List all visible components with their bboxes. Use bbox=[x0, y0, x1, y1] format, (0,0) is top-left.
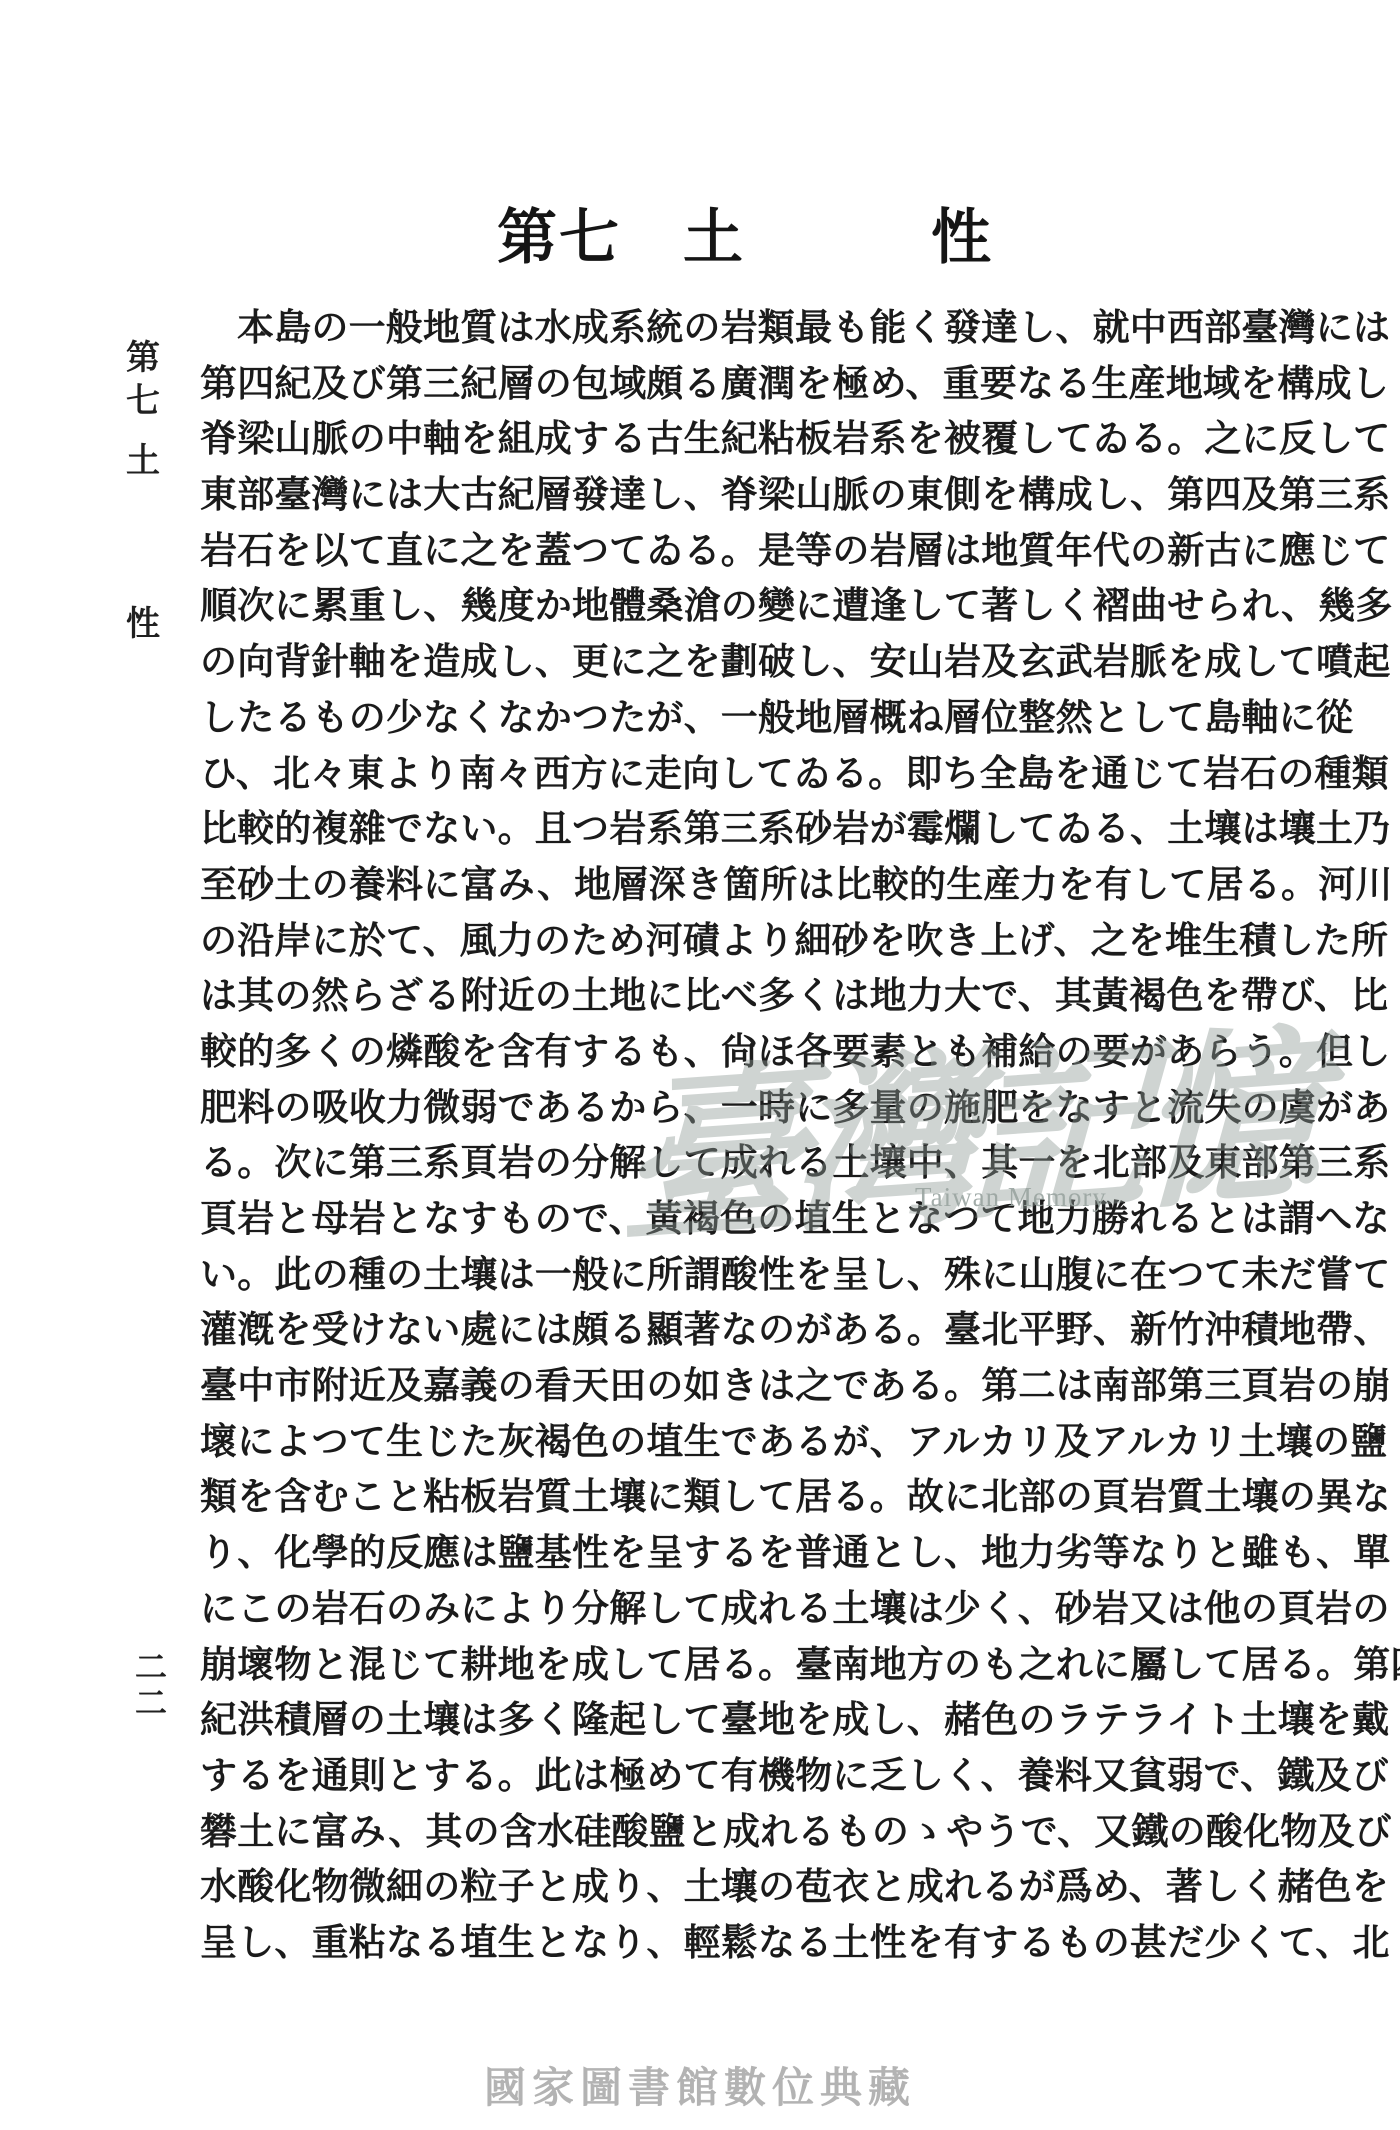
margin-chapter-char: 土 bbox=[124, 433, 162, 482]
text-line: 紀洪積層の土壤は多く隆起して臺地を成し、赭色のラテライト土壤を戴 bbox=[200, 1693, 1290, 1749]
text-line: にこの岩石のみにより分解して成れる土壤は少く、砂岩又は他の頁岩の bbox=[200, 1582, 1290, 1638]
text-line: り、化學的反應は鹽基性を呈するを普通とし、地力劣等なりと雖も、單 bbox=[200, 1526, 1290, 1582]
margin-chapter-char: 七 bbox=[124, 373, 162, 422]
text-line: 頁岩と母岩となすもので、黃褐色の埴生となつて地力勝れるとは謂へな bbox=[200, 1192, 1290, 1248]
page-number: 二二 bbox=[126, 1650, 172, 1722]
text-line: の沿岸に於て、風力のため河磧より細砂を吹き上げ、之を堆生積した所 bbox=[200, 914, 1290, 970]
text-line: 肥料の吸收力微弱であるから、一時に多量の施肥をなすと流失の虞があ bbox=[200, 1081, 1290, 1137]
body-text: 本島の一般地質は水成系統の岩類最も能く發達し、就中西部臺灣には 第四紀及び第三紀… bbox=[200, 301, 1290, 1972]
text-line: するを通則とする。此は極めて有機物に乏しく、養料又貧弱で、鐵及び bbox=[200, 1749, 1290, 1805]
text-line: 比較的複雜でない。且つ岩系第三系砂岩が霉爛してゐる、土壤は壤土乃 bbox=[200, 802, 1290, 858]
text-line: い。此の種の土壤は一般に所謂酸性を呈し、殊に山腹に在つて未だ嘗て bbox=[200, 1248, 1290, 1304]
text-line: 崩壞物と混じて耕地を成して居る。臺南地方のも之れに屬して居る。第四 bbox=[200, 1638, 1290, 1694]
text-line: 灌漑を受けない處には頗る顯著なのがある。臺北平野、新竹沖積地帶、 bbox=[200, 1303, 1290, 1359]
digital-archive-footer: 國家圖書館數位典藏 bbox=[0, 2055, 1400, 2115]
margin-chapter-char: 性 bbox=[124, 596, 162, 645]
text-line: 壞によつて生じた灰褐色の埴生であるが、アルカリ及アルカリ土壤の鹽 bbox=[200, 1415, 1290, 1471]
text-line: は其の然らざる附近の土地に比べ多くは地力大で、其黃褐色を帶び、比 bbox=[200, 969, 1290, 1025]
text-line: 東部臺灣には大古紀層發達し、脊梁山脈の東側を構成し、第四及第三系 bbox=[200, 468, 1290, 524]
text-line: 呈し、重粘なる埴生となり、輕鬆なる土性を有するもの甚だ少くて、北 bbox=[200, 1916, 1290, 1972]
text-line: したるもの少なくなかつたが、一般地層概ね層位整然として島軸に從 bbox=[200, 691, 1290, 747]
chapter-title: 第七 土 性 bbox=[497, 190, 993, 276]
text-line: 礬土に富み、其の含水硅酸鹽と成れるものゝやうで、又鐵の酸化物及び bbox=[200, 1805, 1290, 1861]
text-line: 脊梁山脈の中軸を組成する古生紀粘板岩系を被覆してゐる。之に反して bbox=[200, 412, 1290, 468]
text-line: 岩石を以て直に之を蓋つてゐる。是等の岩層は地質年代の新古に應じて bbox=[200, 524, 1290, 580]
scanned-document-page: 第七 土 性 第 七 土 性 二二 本島の一般地質は水成系統の岩類最も能く發達し… bbox=[0, 0, 1400, 2130]
margin-chapter-char: 第 bbox=[124, 330, 162, 379]
text-line: 第四紀及び第三紀層の包域頗る廣潤を極め、重要なる生産地域を構成し bbox=[200, 357, 1290, 413]
text-line: ひ、北々東より南々西方に走向してゐる。即ち全島を通じて岩石の種類 bbox=[200, 747, 1290, 803]
text-line: の向背針軸を造成し、更に之を劃破し、安山岩及玄武岩脈を成して噴起 bbox=[200, 635, 1290, 691]
text-line: 順次に累重し、幾度か地體桑滄の變に遭逢して著しく褶曲せられ、幾多 bbox=[200, 579, 1290, 635]
text-line: 水酸化物微細の粒子と成り、土壤の苞衣と成れるが爲め、著しく赭色を bbox=[200, 1860, 1290, 1916]
text-line: 至砂土の養料に富み、地層深き箇所は比較的生産力を有して居る。河川 bbox=[200, 858, 1290, 914]
text-line: 臺中市附近及嘉義の看天田の如きは之である。第二は南部第三頁岩の崩 bbox=[200, 1359, 1290, 1415]
text-line: 較的多くの燐酸を含有するも、尙ほ各要素とも補給の要があらう。但し bbox=[200, 1025, 1290, 1081]
text-line: 本島の一般地質は水成系統の岩類最も能く發達し、就中西部臺灣には bbox=[200, 301, 1290, 357]
text-line: る。次に第三系頁岩の分解して成れる土壤中、其一を北部及東部第三系 bbox=[200, 1136, 1290, 1192]
text-line: 類を含むこと粘板岩質土壤に類して居る。故に北部の頁岩質土壤の異な bbox=[200, 1470, 1290, 1526]
